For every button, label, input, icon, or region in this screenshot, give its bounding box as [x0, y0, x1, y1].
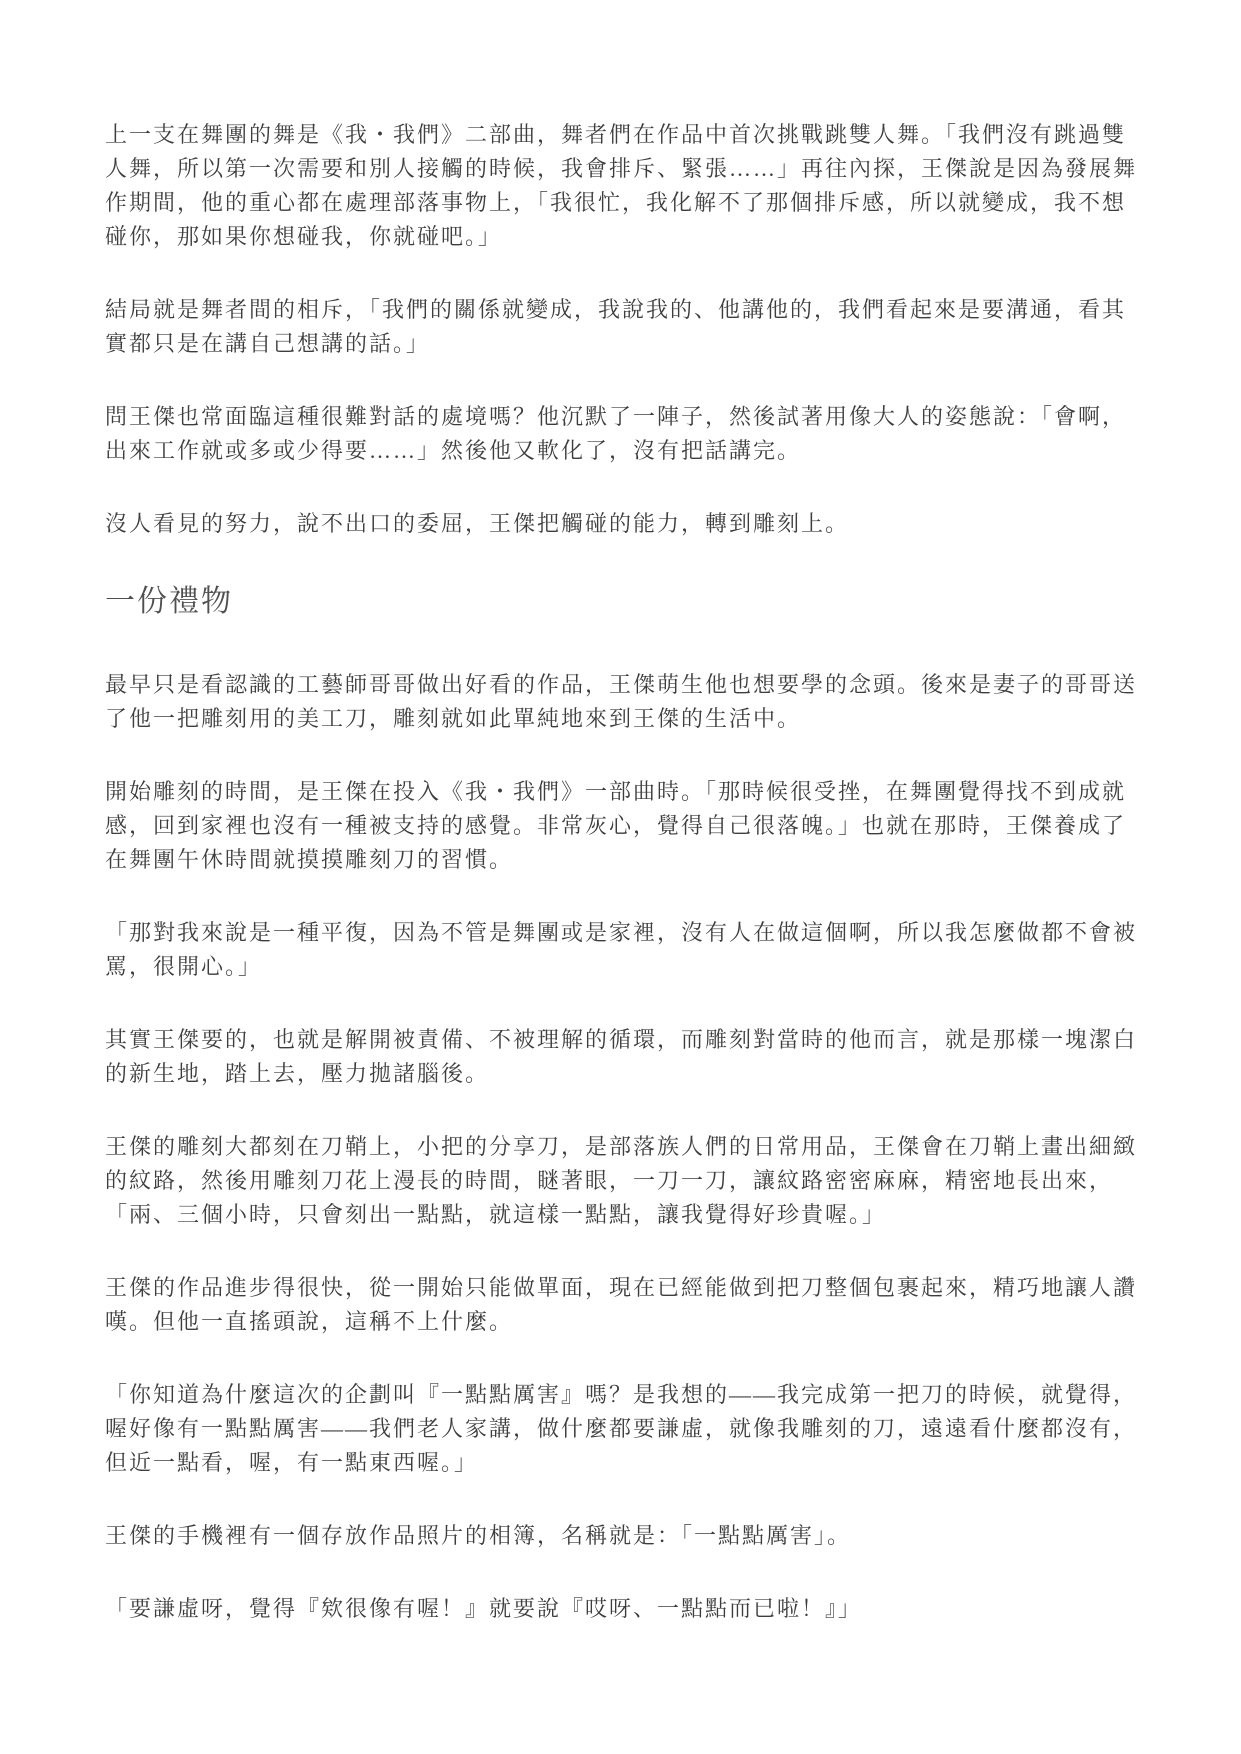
paragraph-rapid-progress: 王傑的作品進步得很快，從一開始只能做單面，現在已經能做到把刀整個包裹起來，精巧地…: [105, 1271, 1137, 1339]
paragraph-started-carving: 開始雕刻的時間，是王傑在投入《我・我們》一部曲時。「那時候很受挫，在舞團覺得找不…: [105, 775, 1137, 877]
paragraph-stay-humble: 「要謙虛呀，覺得『欸很像有喔！』就要說『哎呀、一點點而已啦！』」: [105, 1592, 1137, 1626]
paragraph-craft-knife-gift: 最早只是看認識的工藝師哥哥做出好看的作品，王傑萌生他也想要學的念頭。後來是妻子的…: [105, 668, 1137, 736]
paragraph-dancers-repel: 結局就是舞者間的相斥，「我們的關係就變成，我說我的、他講他的，我們看起來是要溝通…: [105, 293, 1137, 361]
document-page: 上一支在舞團的舞是《我・我們》二部曲，舞者們在作品中首次挑戰跳雙人舞。「我們沒有…: [0, 0, 1241, 1754]
paragraph-carving-as-recovery: 「那對我來說是一種平復，因為不管是舞團或是家裡，沒有人在做這個啊，所以我怎麼做都…: [105, 916, 1137, 984]
paragraph-new-ground: 其實王傑要的，也就是解開被責備、不被理解的循環，而雕刻對當時的他而言，就是那樣一…: [105, 1023, 1137, 1091]
paragraph-dance-duet: 上一支在舞團的舞是《我・我們》二部曲，舞者們在作品中首次挑戰跳雙人舞。「我們沒有…: [105, 118, 1137, 254]
section-heading-a-gift: 一份禮物: [105, 580, 1137, 624]
paragraph-knife-sheath-carving: 王傑的雕刻大都刻在刀鞘上，小把的分享刀，是部落族人們的日常用品，王傑會在刀鞘上畫…: [105, 1130, 1137, 1232]
paragraph-difficult-dialogue: 問王傑也常面臨這種很難對話的處境嗎？他沉默了一陣子，然後試著用像大人的姿態說：「…: [105, 400, 1137, 468]
article-body: 上一支在舞團的舞是《我・我們》二部曲，舞者們在作品中首次挑戰跳雙人舞。「我們沒有…: [0, 0, 1241, 1745]
paragraph-project-name-origin: 「你知道為什麼這次的企劃叫『一點點厲害』嗎？是我想的——我完成第一把刀的時候，就…: [105, 1378, 1137, 1480]
paragraph-phone-album: 王傑的手機裡有一個存放作品照片的相簿，名稱就是：「一點點厲害」。: [105, 1519, 1137, 1553]
paragraph-unseen-effort: 沒人看見的努力，說不出口的委屈，王傑把觸碰的能力，轉到雕刻上。: [105, 507, 1137, 541]
